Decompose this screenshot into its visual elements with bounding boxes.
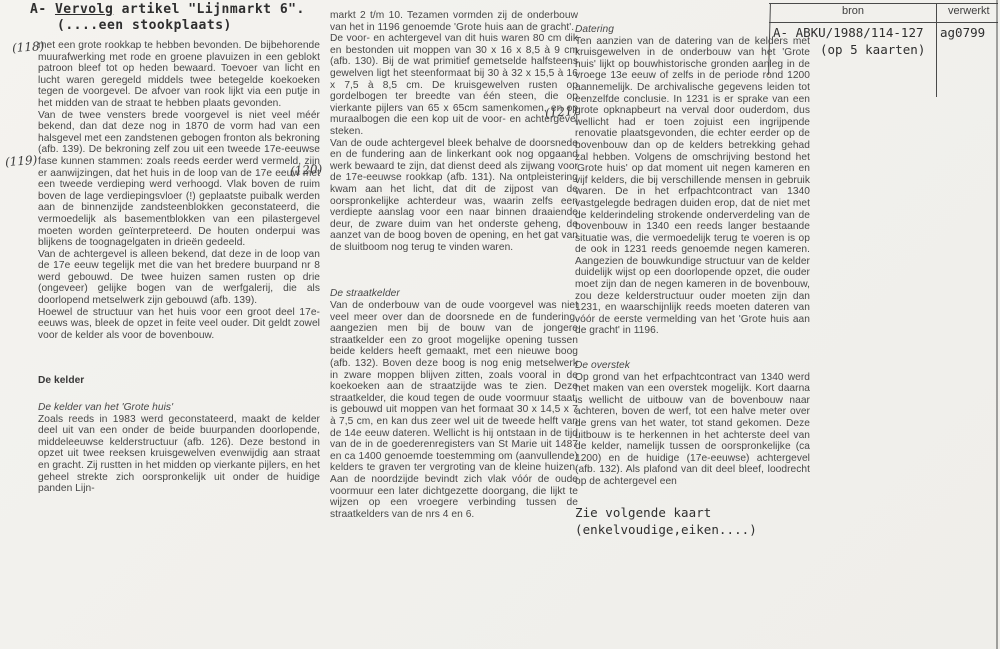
footer-note-line-1: Zie volgende kaart: [575, 504, 810, 521]
article-column-2: markt 2 t/m 10. Tezamen vormden zij de o…: [330, 10, 578, 520]
paragraph: Van de twee vensters brede voorgevel is …: [38, 110, 320, 249]
title-prefix: A-: [30, 2, 55, 17]
paragraph: Zoals reeds in 1983 werd geconstateerd, …: [38, 414, 320, 495]
paragraph: Op grond van het erfpachtcontract van 13…: [575, 372, 810, 488]
section-heading-de-kelder: De kelder: [38, 375, 320, 387]
paragraph: markt 2 t/m 10. Tezamen vormden zij de o…: [330, 10, 578, 33]
footer-note-line-2: (enkelvoudige,eiken....): [575, 521, 810, 538]
handwritten-title: A- Vervolg artikel "Lijnmarkt 6". (....e…: [30, 2, 305, 34]
title-line-1: A- Vervolg artikel "Lijnmarkt 6".: [30, 2, 305, 18]
margin-note-119: (119): [5, 153, 38, 169]
page-edge-shadow: [996, 0, 998, 649]
table-header-bron: bron: [842, 5, 864, 17]
subheading-de-overstek: De overstek: [575, 360, 810, 372]
subheading-datering: Datering: [575, 24, 810, 36]
paragraph: Van de onderbouw van de oude voorgevel w…: [330, 300, 578, 520]
paragraph: Van de oude achtergevel bleek behalve de…: [330, 138, 578, 254]
handwritten-footer-note: Zie volgende kaart (enkelvoudige,eiken..…: [575, 504, 810, 538]
table-border-top: [769, 3, 998, 4]
paragraph: met een grote rookkap te hebben bevonden…: [38, 40, 320, 110]
title-underlined-word: Vervolg: [55, 2, 113, 17]
table-header-verwerkt: verwerkt: [948, 5, 990, 17]
paragraph: Hoewel de structuur van het huis voor ee…: [38, 307, 320, 342]
paragraph: Ten aanzien van de datering van de kelde…: [575, 36, 810, 337]
document-page: A- Vervolg artikel "Lijnmarkt 6". (....e…: [0, 0, 1000, 649]
article-column-1: met een grote rookkap te hebben bevonden…: [38, 40, 320, 495]
bron-value-line-2: (op 5 kaarten): [820, 42, 925, 57]
table-border-header-bottom: [769, 22, 998, 23]
title-line-2: (....een stookplaats): [30, 18, 305, 34]
paragraph: Van de achtergevel is alleen bekend, dat…: [38, 249, 320, 307]
article-column-3: Datering Ten aanzien van de datering van…: [575, 24, 810, 538]
table-border-divider: [936, 3, 937, 97]
subheading-kelder-grote-huis: De kelder van het 'Grote huis': [38, 402, 320, 414]
verwerkt-value: ag0799: [940, 25, 985, 40]
title-rest: artikel "Lijnmarkt 6".: [113, 2, 305, 17]
subheading-de-straatkelder: De straatkelder: [330, 288, 578, 300]
paragraph: De voor- en achtergevel van dit huis war…: [330, 33, 578, 137]
